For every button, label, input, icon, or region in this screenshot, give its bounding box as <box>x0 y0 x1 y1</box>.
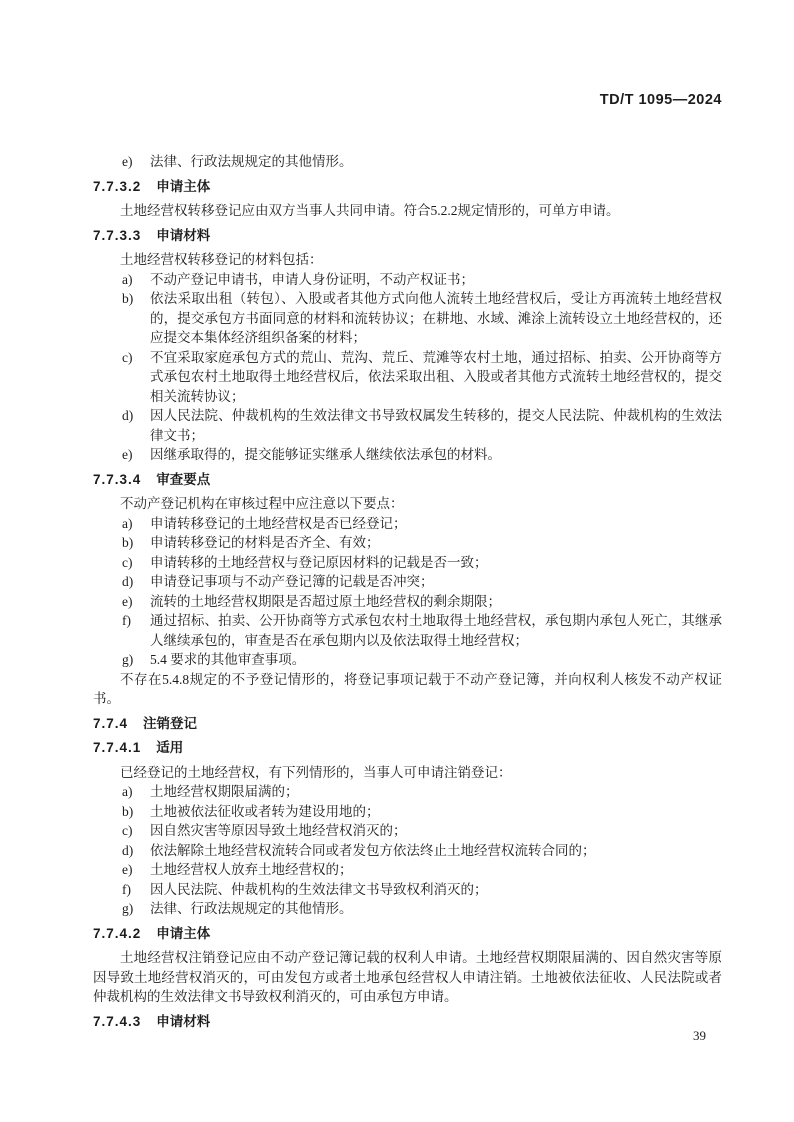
section-heading: 7.7.3.4审查要点 <box>93 470 722 490</box>
document-body: e)法律、行政法规规定的其他情形。7.7.3.2申请主体土地经营权转移登记应由双… <box>93 152 722 1036</box>
list-item-marker: f) <box>122 880 131 900</box>
list-item-marker: d) <box>122 406 133 426</box>
list-item-text: 通过招标、拍卖、公开协商等方式承包农村土地取得土地经营权，承包期内承包人死亡，其… <box>150 613 722 648</box>
section-title: 申请主体 <box>156 179 210 194</box>
section-number: 7.7.3.2 <box>93 177 141 197</box>
list-item-marker: e) <box>122 445 133 465</box>
section-number: 7.7.3.4 <box>93 470 141 490</box>
section-heading: 7.7.4.2申请主体 <box>93 924 722 944</box>
list-item-marker: b) <box>122 289 133 309</box>
list-item-text: 不宜采取家庭承包方式的荒山、荒沟、荒丘、荒滩等农村土地，通过招标、拍卖、公开协商… <box>150 350 722 404</box>
paragraph: 土地经营权转移登记应由双方当事人共同申请。符合5.2.2规定情形的，可单方申请。 <box>93 201 722 221</box>
list-item: b)申请转移登记的材料是否齐全、有效； <box>93 533 722 553</box>
section-heading: 7.7.3.3申请材料 <box>93 226 722 246</box>
list-item-marker: d) <box>122 572 133 592</box>
list-item: b)依法采取出租（转包）、入股或者其他方式向他人流转土地经营权后，受让方再流转土… <box>93 289 722 348</box>
list-item: f)因人民法院、仲裁机构的生效法律文书导致权利消灭的； <box>93 880 722 900</box>
list-item: g)5.4 要求的其他审查事项。 <box>93 650 722 670</box>
list-item: d)因人民法院、仲裁机构的生效法律文书导致权属发生转移的，提交人民法院、仲裁机构… <box>93 406 722 445</box>
section-title: 审查要点 <box>156 472 210 487</box>
list-item-text: 申请转移登记的材料是否齐全、有效； <box>150 535 380 550</box>
section-heading: 7.7.3.2申请主体 <box>93 177 722 197</box>
list-item-marker: d) <box>122 841 133 861</box>
paragraph: 不动产登记机构在审核过程中应注意以下要点： <box>93 494 722 514</box>
list-item-marker: a) <box>122 782 133 802</box>
list-item-text: 土地经营权人放弃土地经营权的； <box>150 862 353 877</box>
list-item: a)申请转移登记的土地经营权是否已经登记； <box>93 514 722 534</box>
list-item-marker: b) <box>122 802 133 822</box>
document-header: TD/T 1095—2024 <box>93 92 722 108</box>
list-item-marker: f) <box>122 611 131 631</box>
list-item-text: 不动产登记申请书，申请人身份证明，不动产权证书； <box>150 272 474 287</box>
list-item-text: 因人民法院、仲裁机构的生效法律文书导致权利消灭的； <box>150 882 488 897</box>
list-item-text: 土地经营权期限届满的； <box>150 784 299 799</box>
list-item-marker: e) <box>122 860 133 880</box>
section-title: 适用 <box>156 740 183 755</box>
list-item-marker: b) <box>122 533 133 553</box>
list-item-text: 5.4 要求的其他审查事项。 <box>150 652 305 667</box>
list-item-text: 依法解除土地经营权流转合同或者发包方依法终止土地经营权流转合同的； <box>150 843 596 858</box>
page-number: 39 <box>693 1028 706 1043</box>
standard-number: TD/T 1095—2024 <box>600 92 722 108</box>
list-item-text: 因自然灾害等原因导致土地经营权消灭的； <box>150 823 407 838</box>
section-number: 7.7.4.2 <box>93 924 141 944</box>
list-item-text: 流转的土地经营权期限是否超过原土地经营权的剩余期限； <box>150 594 501 609</box>
list-item: d)依法解除土地经营权流转合同或者发包方依法终止土地经营权流转合同的； <box>93 841 722 861</box>
list-item-text: 申请转移登记的土地经营权是否已经登记； <box>150 516 407 531</box>
list-item-marker: c) <box>122 348 133 368</box>
section-title: 申请材料 <box>156 1014 210 1029</box>
section-number: 7.7.3.3 <box>93 226 141 246</box>
section-heading: 7.7.4注销登记 <box>93 714 722 734</box>
list-item-text: 因人民法院、仲裁机构的生效法律文书导致权属发生转移的，提交人民法院、仲裁机构的生… <box>150 408 722 443</box>
list-item-text: 申请转移的土地经营权与登记原因材料的记载是否一致； <box>150 555 488 570</box>
list-item: a)不动产登记申请书，申请人身份证明，不动产权证书； <box>93 270 722 290</box>
list-item-marker: g) <box>122 899 133 919</box>
list-item-text: 法律、行政法规规定的其他情形。 <box>150 154 353 169</box>
list-item-text: 土地被依法征收或者转为建设用地的； <box>150 804 380 819</box>
section-title: 注销登记 <box>143 716 197 731</box>
list-item: e)流转的土地经营权期限是否超过原土地经营权的剩余期限； <box>93 592 722 612</box>
section-title: 申请主体 <box>156 926 210 941</box>
list-item: c)因自然灾害等原因导致土地经营权消灭的； <box>93 821 722 841</box>
list-item-text: 依法采取出租（转包）、入股或者其他方式向他人流转土地经营权后，受让方再流转土地经… <box>150 291 722 345</box>
list-item: e)因继承取得的，提交能够证实继承人继续依法承包的材料。 <box>93 445 722 465</box>
document-page: TD/T 1095—2024 e)法律、行政法规规定的其他情形。7.7.3.2申… <box>0 0 794 1122</box>
paragraph: 土地经营权注销登记应由不动产登记簿记载的权利人申请。土地经营权期限届满的、因自然… <box>93 948 722 1007</box>
list-item: e)土地经营权人放弃土地经营权的； <box>93 860 722 880</box>
list-item: c)申请转移的土地经营权与登记原因材料的记载是否一致； <box>93 553 722 573</box>
list-item-text: 因继承取得的，提交能够证实继承人继续依法承包的材料。 <box>150 447 501 462</box>
paragraph: 已经登记的土地经营权，有下列情形的，当事人可申请注销登记： <box>93 763 722 783</box>
list-item-text: 申请登记事项与不动产登记簿的记载是否冲突； <box>150 574 434 589</box>
list-item-text: 法律、行政法规规定的其他情形。 <box>150 901 353 916</box>
section-number: 7.7.4.1 <box>93 738 141 758</box>
list-item-marker: e) <box>122 152 133 172</box>
list-item: a)土地经营权期限届满的； <box>93 782 722 802</box>
list-item: e)法律、行政法规规定的其他情形。 <box>93 152 722 172</box>
document-footer: 39 <box>93 1028 706 1044</box>
section-title: 申请材料 <box>156 228 210 243</box>
list-item-marker: a) <box>122 514 133 534</box>
section-heading: 7.7.4.1适用 <box>93 738 722 758</box>
list-item: b)土地被依法征收或者转为建设用地的； <box>93 802 722 822</box>
list-item: g)法律、行政法规规定的其他情形。 <box>93 899 722 919</box>
paragraph: 土地经营权转移登记的材料包括： <box>93 250 722 270</box>
list-item-marker: a) <box>122 270 133 290</box>
section-number: 7.7.4 <box>93 714 128 734</box>
list-item-marker: c) <box>122 821 133 841</box>
list-item: c)不宜采取家庭承包方式的荒山、荒沟、荒丘、荒滩等农村土地，通过招标、拍卖、公开… <box>93 348 722 407</box>
list-item-marker: c) <box>122 553 133 573</box>
list-item: f)通过招标、拍卖、公开协商等方式承包农村土地取得土地经营权，承包期内承包人死亡… <box>93 611 722 650</box>
list-item-marker: e) <box>122 592 133 612</box>
paragraph: 不存在5.4.8规定的不予登记情形的，将登记事项记载于不动产登记簿，并向权利人核… <box>93 670 722 709</box>
list-item: d)申请登记事项与不动产登记簿的记载是否冲突； <box>93 572 722 592</box>
list-item-marker: g) <box>122 650 133 670</box>
